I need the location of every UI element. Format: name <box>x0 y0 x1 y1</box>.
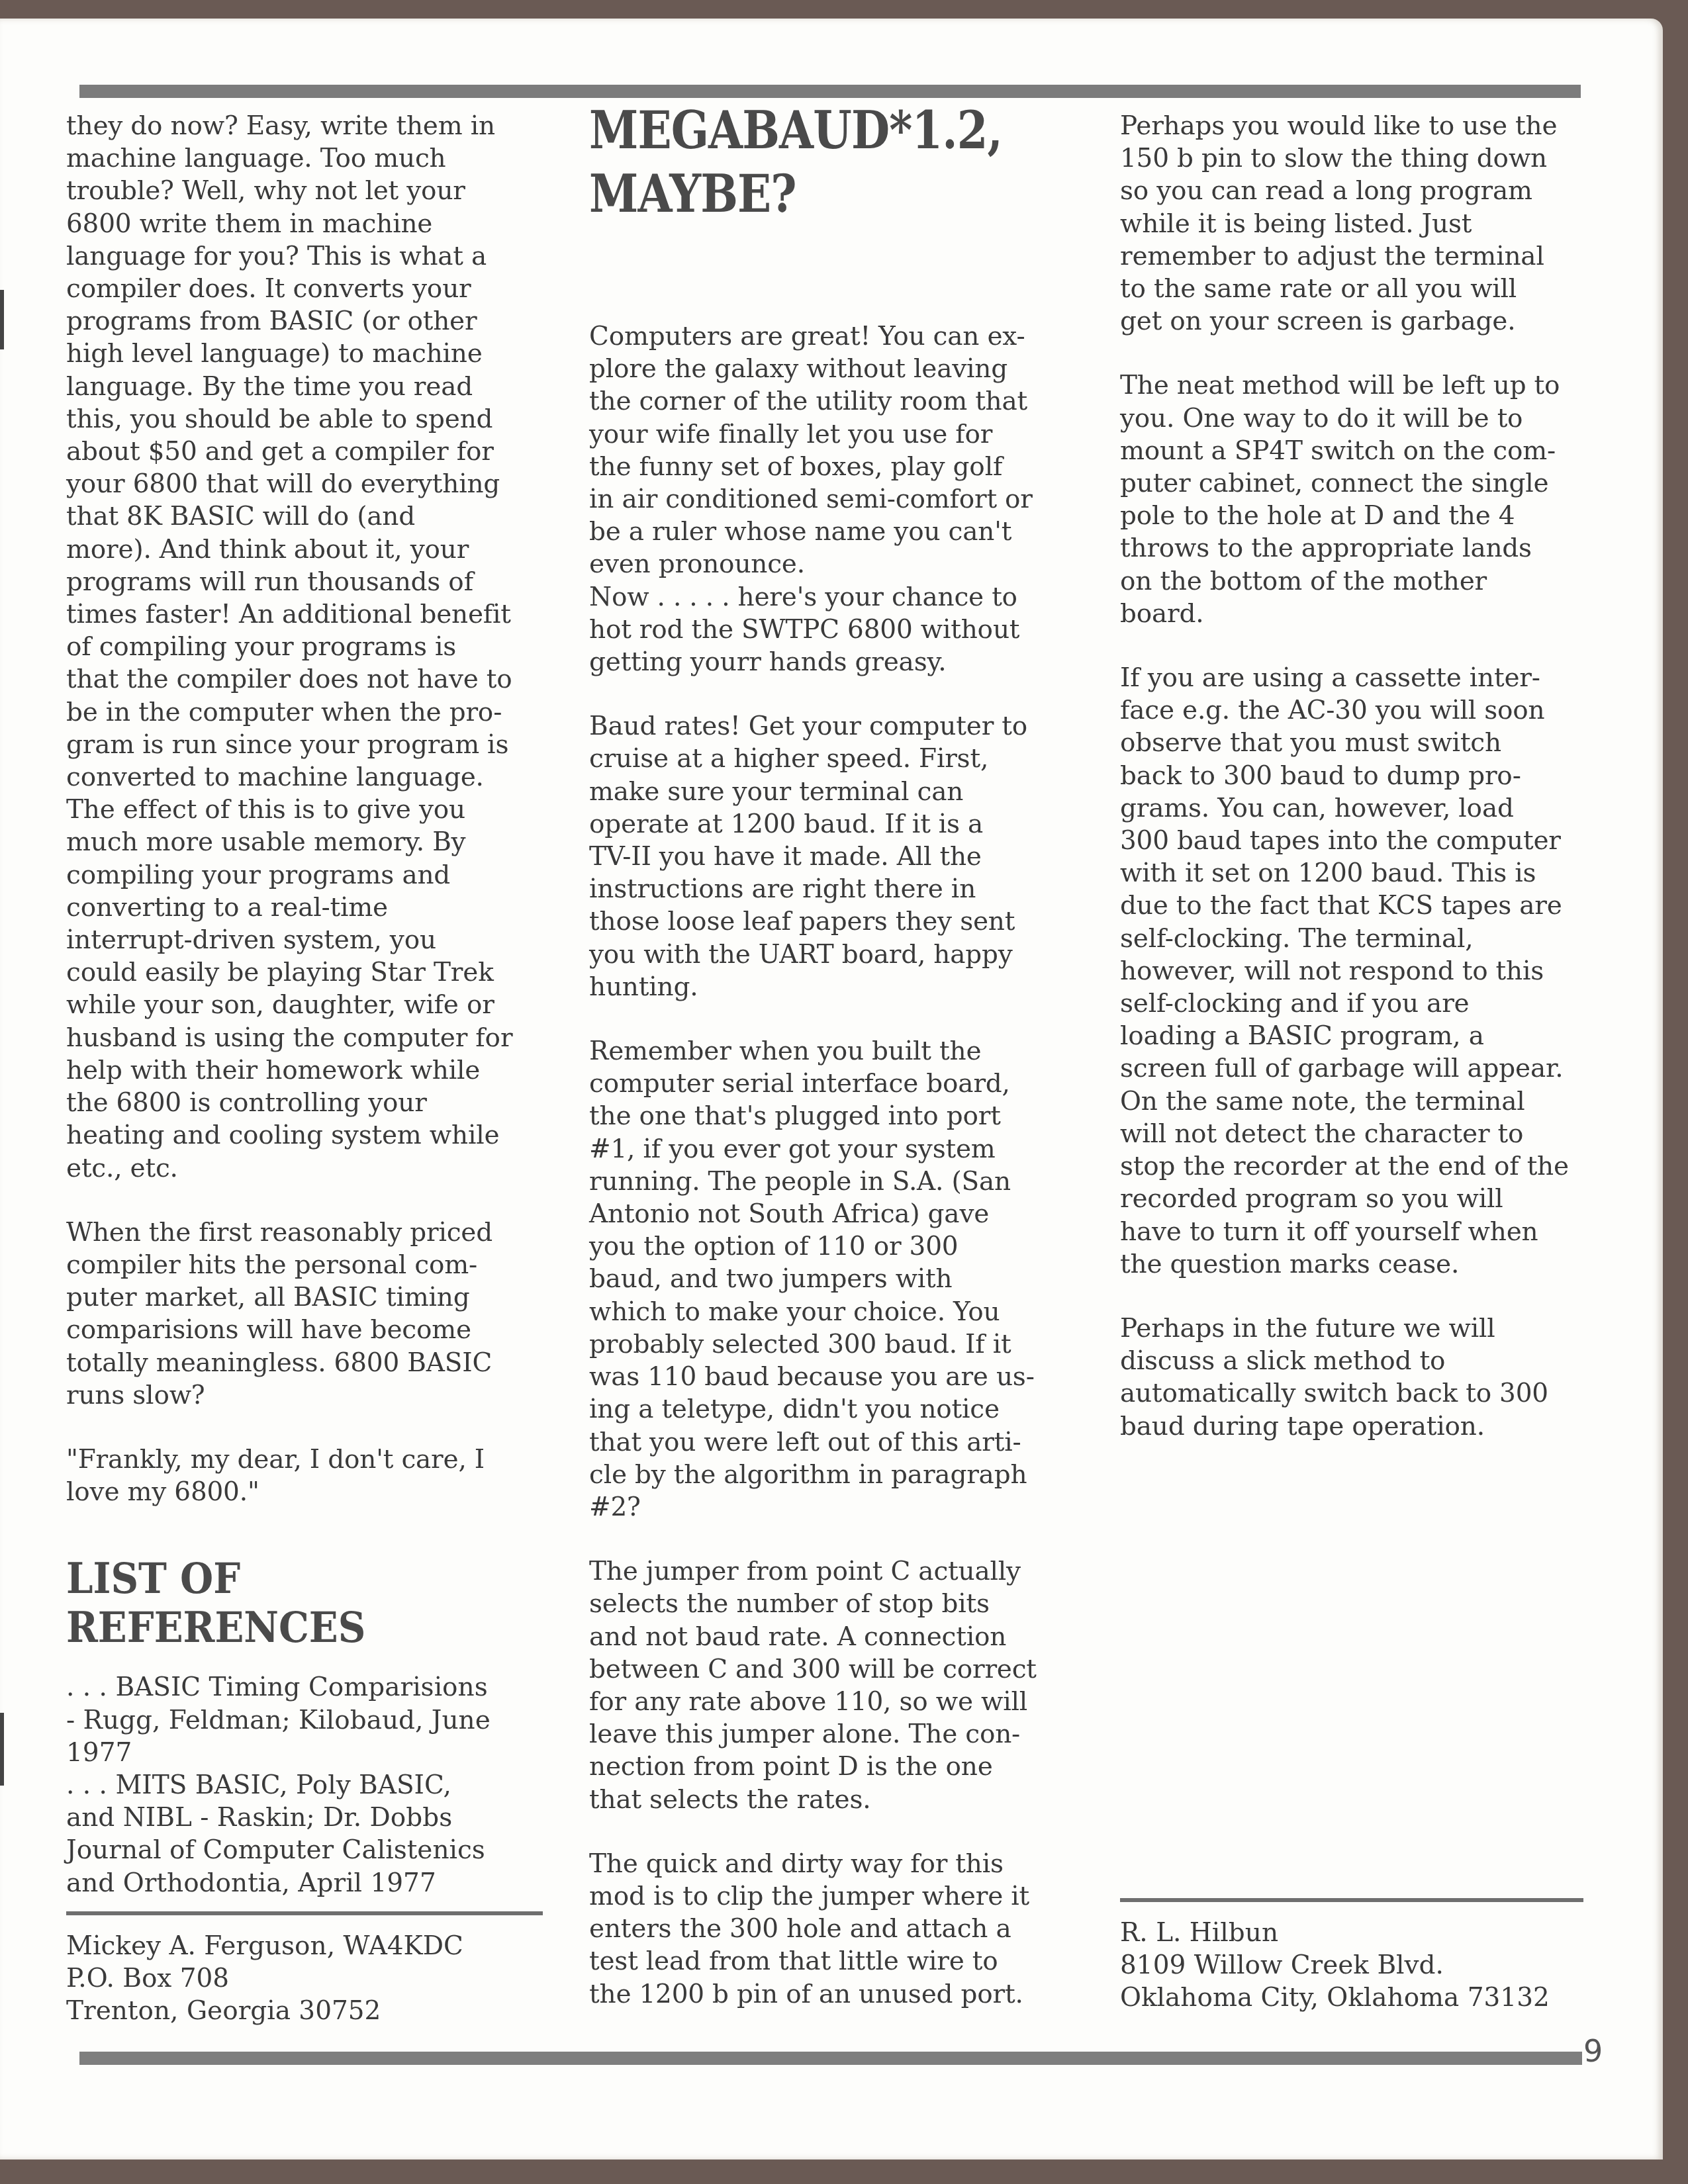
article-paragraph: Baud rates! Get your computer to cruise … <box>589 710 1066 1003</box>
binding-mark <box>0 290 4 349</box>
article-paragraph: The jumper from point C actually selects… <box>589 1555 1066 1816</box>
references-heading: LIST OF REFERENCES <box>66 1555 495 1653</box>
article-paragraph: The quick and dirty way for this mod is … <box>589 1848 1066 2011</box>
bottom-rule <box>79 2052 1582 2065</box>
column-1: they do now? Easy, write them in machine… <box>66 110 543 2027</box>
reference-item: . . . BASIC Timing Comparisions - Rugg, … <box>66 1671 543 1769</box>
author-address-line2: Trenton, Georgia 30752 <box>66 1995 543 2027</box>
article-paragraph: Perhaps you would like to use the 150 b … <box>1120 110 1597 338</box>
author-address-line1: P.O. Box 708 <box>66 1962 543 1995</box>
column-3: Perhaps you would like to use the 150 b … <box>1120 110 1597 1475</box>
article-paragraph: If you are using a cassette inter- face … <box>1120 662 1597 1281</box>
article-paragraph: Remember when you built the computer ser… <box>589 1035 1066 1524</box>
binding-mark <box>0 1713 4 1786</box>
reference-item: . . . MITS BASIC, Poly BASIC, and NIBL -… <box>66 1769 543 1899</box>
column-2: MEGABAUD*1.2, MAYBE? Computers are great… <box>589 99 1066 2042</box>
page-number: 9 <box>1583 2033 1603 2069</box>
article-paragraph: they do now? Easy, write them in machine… <box>66 110 543 1185</box>
author-name: Mickey A. Ferguson, WA4KDC <box>66 1930 543 1962</box>
article-paragraph: Computers are great! You can ex- plore t… <box>589 320 1066 678</box>
closing-quote: "Frankly, my dear, I don't care, I love … <box>66 1443 543 1508</box>
article-headline: MEGABAUD*1.2, MAYBE? <box>589 99 999 226</box>
author-address-line2: Oklahoma City, Oklahoma 73132 <box>1120 1981 1583 2014</box>
author-signature-block: R. L. Hilbun 8109 Willow Creek Blvd. Okl… <box>1120 1886 1583 2015</box>
author-address-line1: 8109 Willow Creek Blvd. <box>1120 1949 1583 1981</box>
author-name: R. L. Hilbun <box>1120 1917 1583 1949</box>
article-paragraph: Perhaps in the future we will discuss a … <box>1120 1312 1597 1443</box>
top-rule <box>79 85 1581 98</box>
divider <box>1120 1898 1583 1902</box>
divider <box>66 1911 543 1915</box>
article-paragraph: When the first reasonably priced compile… <box>66 1216 543 1412</box>
article-paragraph: The neat method will be left up to you. … <box>1120 369 1597 630</box>
